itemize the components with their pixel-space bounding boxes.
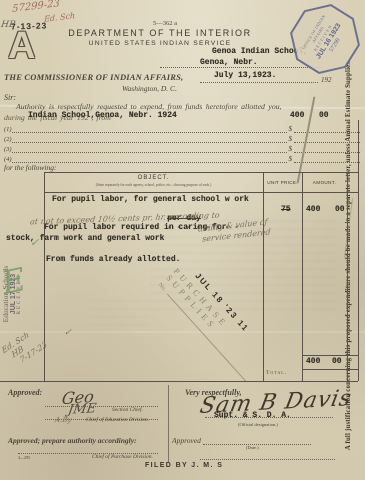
row1-unit-price-struck: 75 [281,205,291,214]
date-rule [203,436,311,445]
table-top-rule [44,172,358,173]
line-leader [12,124,287,133]
fund-typed: Indian School,Genoa, Nebr. 1924 [28,111,177,120]
dollar-sign: $ [287,155,295,163]
check-mark: ✓ [63,328,72,338]
approved-right-label: Approved [172,436,201,445]
amount-column-header: AMOUNT. [302,180,347,185]
table-bottom-rule [0,381,358,382]
request-line-1: Authority is respectfully requested to e… [16,102,282,111]
unit-price-column-header: UNIT PRICE. [263,180,302,185]
year-printed: 192 [321,76,332,84]
service-heading: UNITED STATES INDIAN SERVICE [55,40,265,47]
row1-amount-dollars: 400 [306,205,320,214]
form-print-code: 4—295 [18,455,30,460]
designation-sub-label: (Official designation.) [238,422,278,427]
form-number: 5—362 a [120,20,210,27]
date-typed: July 13,1923. [214,71,276,80]
dollar-sign: $ [287,125,295,133]
line-label: (3) [4,146,12,153]
fund-amount-dollars: 400 [290,111,304,120]
object-column-subheader: (State separately for each agency, schoo… [48,183,259,187]
pencil-initials: A.By [54,416,72,424]
line-label: (4) [4,156,12,163]
row1-object-line1: For pupil labor, for general school w or… [52,195,249,204]
addressee-place: Washington, D. C. [122,84,177,93]
signature-rule [18,445,158,454]
approved-prepare-label: Approved; prepare authority accordingly: [8,436,137,445]
total-top-rule [302,355,358,356]
addressee-line: THE COMMISSIONER OF INDIAN AFFAIRS, [4,72,183,82]
letter-a-classification-stamp: A [8,27,35,65]
line-label: (1) [4,126,12,133]
green-check-mark: ✓ [30,236,39,249]
line-leader [12,154,287,163]
salutation: Sir: [4,93,16,102]
ink-bleed-through [90,300,150,330]
date-sub-label: (Date.) [246,445,259,450]
fund-amount-cents: 00 [319,111,329,120]
paper-crease [0,331,365,333]
line-leader [12,134,287,143]
station-typed: Genoa Indian School, [212,47,308,56]
object-column-header: OBJECT. [44,175,263,181]
line-label: (2) [4,136,12,143]
purchase-chief-label: Chief of Purchase Division. [92,454,153,460]
amount-col-rule [302,172,303,381]
total-cents: 00 [332,357,342,366]
filed-by-stamp: FILED BY J. M. S [145,462,223,469]
total-label: Total. [266,370,287,376]
cents-col-rule [347,172,348,381]
footer-divider [168,385,169,462]
station-place-typed: Genoa, Nebr. [200,58,258,67]
file-class-annotation: Ed. Sch [44,11,75,24]
line-leader [12,144,287,153]
department-heading: DEPARTMENT OF THE INTERIOR [55,28,265,38]
for-the-following: for the following: [4,163,57,172]
signature-rule [200,451,335,460]
funds-allotted-note: From funds already allotted. [46,255,180,264]
numbered-line: (3) $ [4,144,360,153]
row1-amount-cents: 00 [335,205,345,214]
table-right-rule [358,120,359,381]
amount-leader [294,124,360,133]
total-bottom-rule [302,369,358,370]
numbered-line: (4) $ [4,154,360,163]
dollar-sign: $ [287,135,295,143]
approved-label: Approved: [8,388,42,397]
signature-rule [45,398,158,407]
table-header-rule [44,192,358,193]
designation-typed: Supt. & S. D. A. [214,411,291,420]
amount-leader [294,154,360,163]
dollar-sign: $ [287,145,295,153]
document-page: A full justification concerning this pro… [0,0,365,480]
total-dollars: 400 [306,357,320,366]
education-chief-label: Chief of Education Division. [86,417,149,423]
